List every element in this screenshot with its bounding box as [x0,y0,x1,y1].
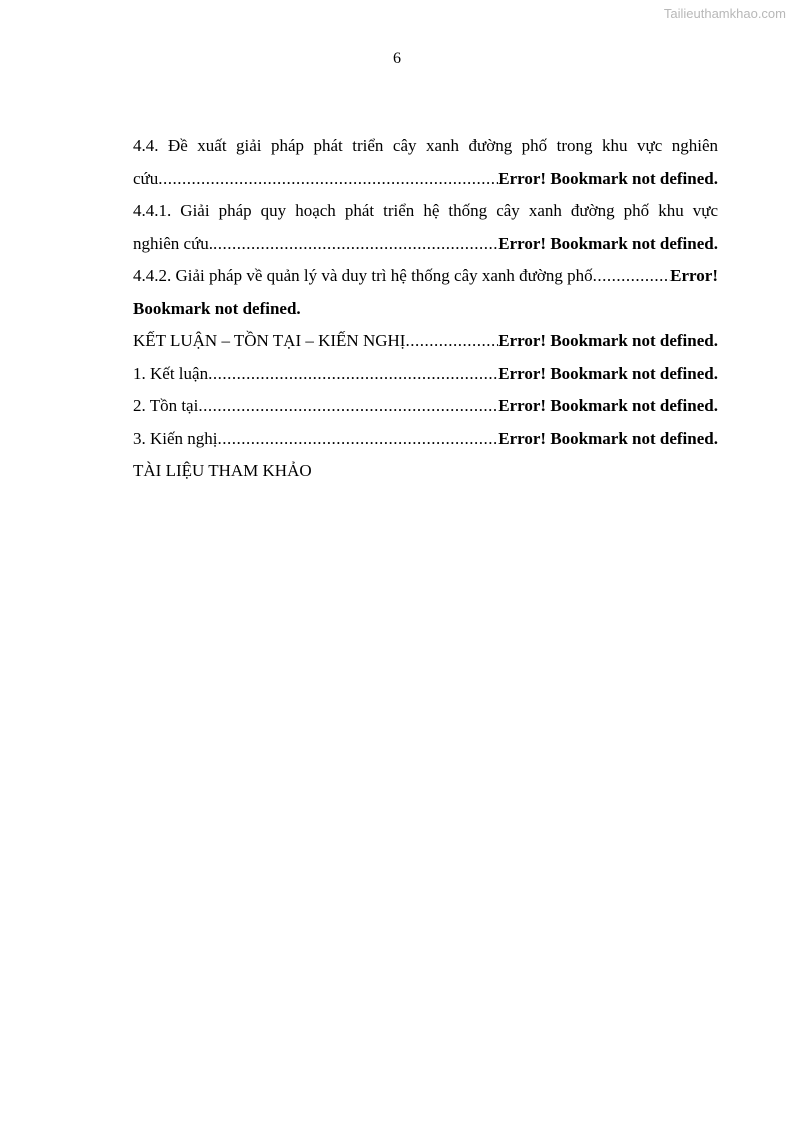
toc-entry-page-ref: Error! [670,260,718,293]
toc-entry-page-ref: Error! Bookmark not defined. [498,228,718,261]
toc-entry-kien-nghi[interactable]: 3. Kiến nghị Error! Bookmark not defined… [133,423,718,456]
dot-leader [158,163,498,196]
dot-leader [208,358,498,391]
watermark: Tailieuthamkhao.com [664,6,786,21]
dot-leader [218,423,499,456]
toc-entry-text: 4.4.2. Giải pháp về quản lý và duy trì h… [133,260,593,293]
toc-entry-page-ref: Error! Bookmark not defined. [498,358,718,391]
toc-entry-4-4-1-title[interactable]: 4.4.1. Giải pháp quy hoạch phát triển hệ… [133,195,718,228]
table-of-contents: 4.4. Đề xuất giải pháp phát triển cây xa… [133,130,718,488]
toc-entry-page-ref: Error! Bookmark not defined. [498,163,718,196]
toc-entry-ket-luan-ton-tai-kien-nghi[interactable]: KẾT LUẬN – TỒN TẠI – KIẾN NGHỊ Error! Bo… [133,325,718,358]
toc-entry-text: 3. Kiến nghị [133,423,218,456]
toc-entry-text: 2. Tồn tại [133,390,198,423]
toc-entry-text: nghiên cứu. [133,228,213,261]
toc-entry-4-4-2[interactable]: 4.4.2. Giải pháp về quản lý và duy trì h… [133,260,718,293]
toc-entry-ket-luan[interactable]: 1. Kết luận Error! Bookmark not defined. [133,358,718,391]
dot-leader [593,260,671,293]
toc-entry-page-ref: Error! Bookmark not defined. [498,390,718,423]
dot-leader [213,228,498,261]
toc-entry-page-ref: Error! Bookmark not defined. [498,325,718,358]
toc-entry-text: 1. Kết luận [133,358,208,391]
toc-entry-page-ref-continued: Bookmark not defined. [133,293,718,326]
page-number: 6 [0,50,794,68]
toc-entry-text: cứu [133,163,158,196]
toc-entry-page-ref: Error! Bookmark not defined. [498,423,718,456]
toc-entry-ton-tai[interactable]: 2. Tồn tại Error! Bookmark not defined. [133,390,718,423]
dot-leader [405,325,498,358]
toc-entry-tai-lieu-tham-khao[interactable]: TÀI LIỆU THAM KHẢO [133,455,718,488]
toc-entry-4-4-title[interactable]: 4.4. Đề xuất giải pháp phát triển cây xa… [133,130,718,163]
toc-entry-4-4-1[interactable]: nghiên cứu. Error! Bookmark not defined. [133,228,718,261]
toc-entry-text: KẾT LUẬN – TỒN TẠI – KIẾN NGHỊ [133,325,405,358]
toc-entry-4-4[interactable]: cứu Error! Bookmark not defined. [133,163,718,196]
dot-leader [198,390,498,423]
